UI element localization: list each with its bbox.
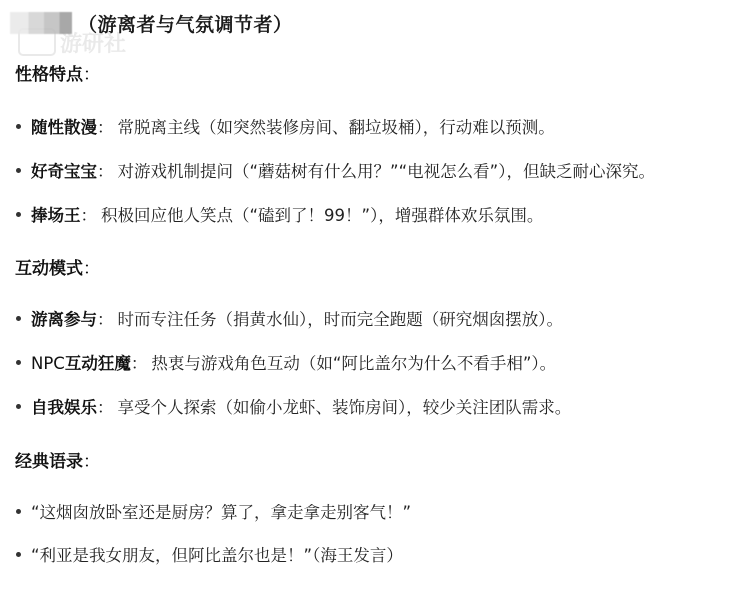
item-text: 享受个人探索（如偷小龙虾、装饰房间），较少关注团队需求。 — [118, 394, 572, 418]
item-colon: ： — [97, 114, 114, 138]
redacted-name — [10, 12, 72, 34]
item-colon: ： — [97, 158, 114, 182]
heading-text: 经典语录 — [15, 452, 83, 472]
section-heading-personality: 性格特点： — [15, 60, 100, 85]
item-term: 随性散漫 — [31, 114, 97, 138]
item-text: 热衷与游戏角色互动（如“阿比盖尔为什么不看手相”）。 — [151, 350, 556, 374]
quote-item: “这烟囱放卧室还是厨房？算了，拿走拿走别客气！” — [14, 499, 411, 523]
bullet-icon — [16, 212, 21, 217]
item-term-prefix: NPC — [31, 354, 65, 373]
bullet-icon — [16, 552, 21, 557]
item-colon: ： — [97, 306, 114, 330]
quote-item: “利亚是我女朋友，但阿比盖尔也是！”（海王发言） — [14, 542, 403, 566]
bullet-icon — [16, 124, 21, 129]
bullet-icon — [16, 404, 21, 409]
item-term: 捧场王 — [31, 202, 81, 226]
page-title: （游离者与气氛调节者） — [78, 10, 293, 37]
item-term: NPC互动狂魔 — [31, 350, 131, 374]
list-item: 捧场王： 积极回应他人笑点（“磕到了！99！”），增强群体欢乐氛围。 — [14, 202, 543, 226]
item-text: 积极回应他人笑点（“磕到了！99！”），增强群体欢乐氛围。 — [101, 202, 543, 226]
heading-text: 性格特点 — [15, 65, 83, 85]
bullet-icon — [16, 360, 21, 365]
item-colon: ： — [97, 394, 114, 418]
section-heading-quotes: 经典语录： — [15, 447, 100, 472]
item-term: 游离参与 — [31, 306, 97, 330]
quote-text: “这烟囱放卧室还是厨房？算了，拿走拿走别客气！” — [31, 499, 411, 523]
item-text: 时而专注任务（捐黄水仙），时而完全跑题（研究烟囱摆放）。 — [118, 306, 564, 330]
heading-colon: ： — [83, 259, 100, 279]
item-text: 对游戏机制提问（“蘑菇树有什么用？”“电视怎么看”），但缺乏耐心深究。 — [118, 158, 655, 182]
bullet-icon — [16, 509, 21, 514]
bullet-icon — [16, 316, 21, 321]
heading-colon: ： — [83, 452, 100, 472]
heading-text: 互动模式 — [15, 259, 83, 279]
heading-colon: ： — [83, 65, 100, 85]
list-item: 自我娱乐： 享受个人探索（如偷小龙虾、装饰房间），较少关注团队需求。 — [14, 394, 571, 418]
item-colon: ： — [131, 350, 148, 374]
item-term: 自我娱乐 — [31, 394, 97, 418]
item-colon: ： — [81, 202, 98, 226]
list-item: NPC互动狂魔： 热衷与游戏角色互动（如“阿比盖尔为什么不看手相”）。 — [14, 350, 556, 374]
item-term: 好奇宝宝 — [31, 158, 97, 182]
bullet-icon — [16, 168, 21, 173]
section-heading-interaction: 互动模式： — [15, 254, 100, 279]
item-text: 常脱离主线（如突然装修房间、翻垃圾桶），行动难以预测。 — [118, 114, 555, 138]
item-term-main: 互动狂魔 — [65, 354, 131, 373]
list-item: 好奇宝宝： 对游戏机制提问（“蘑菇树有什么用？”“电视怎么看”），但缺乏耐心深究… — [14, 158, 655, 182]
title-row: （游离者与气氛调节者） — [10, 8, 293, 38]
quote-text: “利亚是我女朋友，但阿比盖尔也是！”（海王发言） — [31, 542, 403, 566]
list-item: 游离参与： 时而专注任务（捐黄水仙），时而完全跑题（研究烟囱摆放）。 — [14, 306, 563, 330]
list-item: 随性散漫： 常脱离主线（如突然装修房间、翻垃圾桶），行动难以预测。 — [14, 114, 555, 138]
